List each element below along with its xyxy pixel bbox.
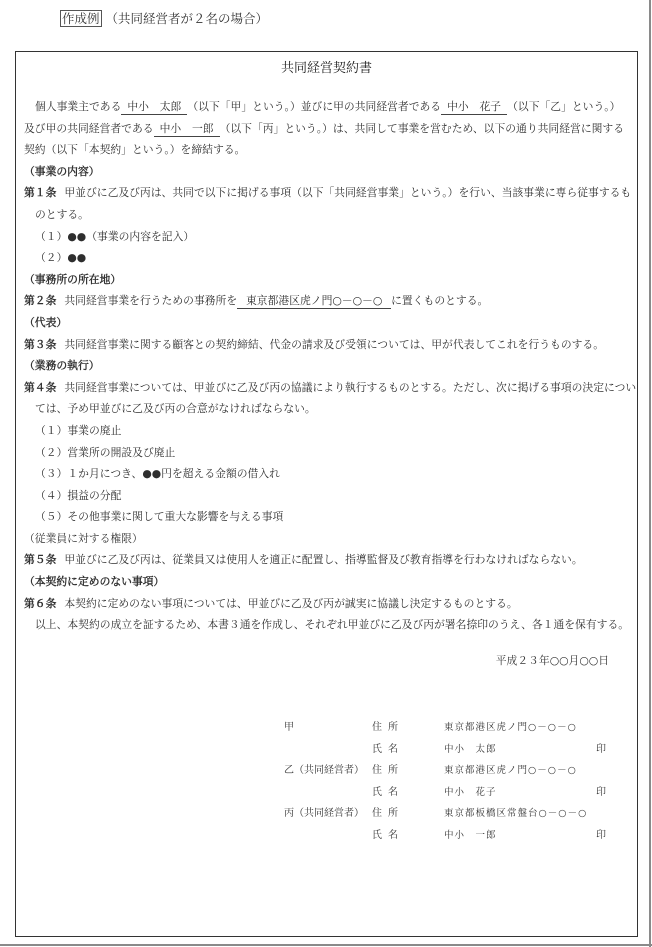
preamble-line-2: 及び甲の共同経営者である中小 一郎（以下「丙」という。）は、共同して事業を営むた… (24, 118, 634, 140)
article-2: 第２条共同経営事業を行うための事務所を東京都港区虎ノ門○－○－○に置くものとする… (24, 290, 634, 312)
article-1: 第１条甲並びに乙及び丙は、共同で以下に掲げる事項（以下「共同経営事業」という。）… (24, 182, 634, 204)
section-heading-other-matters: （本契約に定めのない事項） (24, 571, 634, 593)
name-label: 氏名 (372, 825, 404, 847)
article-3: 第３条共同経営事業に関する顧客との契約締結、代金の請求及び受領については、甲が代… (24, 334, 634, 356)
name-value: 中小 一郎 (444, 825, 497, 847)
article-label: 第２条 (24, 294, 56, 307)
name-label: 氏名 (372, 739, 404, 761)
preamble-line-3: 契約（以下「本契約」という。）を締結する。 (24, 139, 634, 161)
party-label: 甲 (284, 717, 294, 739)
party-label: 乙（共同経営者） (284, 760, 364, 782)
contract-body: 個人事業主である中小 太郎（以下「甲」という。）並びに甲の共同経営者である中小 … (24, 96, 634, 636)
article-4-continued: ては、予め甲並びに乙及び丙の合意がなければならない。 (24, 398, 634, 420)
contract-title: 共同経営契約書 (16, 57, 637, 76)
name-value: 中小 太郎 (444, 739, 497, 761)
party-c-name-field: 中小 一郎 (154, 122, 220, 137)
article-4-item-2: （２）営業所の開設及び廃止 (24, 442, 634, 464)
section-heading-representative: （代表） (24, 312, 634, 334)
party-label: 丙（共同経営者） (284, 803, 364, 825)
address-label: 住所 (372, 803, 404, 825)
seal-mark: 印 (596, 825, 606, 847)
seal-mark: 印 (596, 782, 606, 804)
page-edge-bottom (0, 944, 652, 946)
section-heading-business: （事業の内容） (24, 161, 634, 183)
header-note: 作成例（共同経営者が２名の場合） (60, 9, 268, 27)
article-label: 第４条 (24, 381, 56, 394)
section-heading-office: （事務所の所在地） (24, 269, 634, 291)
party-b-name-field: 中小 花子 (441, 100, 507, 115)
contract-date: 平成２３年○○月○○日 (496, 653, 609, 668)
section-heading-execution: （業務の執行） (24, 355, 634, 377)
article-5: 第５条甲並びに乙及び丙は、従業員又は使用人を適正に配置し、指導監督及び教育指導を… (24, 549, 634, 571)
article-label: 第５条 (24, 553, 56, 566)
name-value: 中小 花子 (444, 782, 497, 804)
address-label: 住所 (372, 717, 404, 739)
article-label: 第６条 (24, 597, 56, 610)
article-6: 第６条本契約に定めのない事項については、甲並びに乙及び丙が誠実に協議し決定するも… (24, 593, 634, 615)
address-label: 住所 (372, 760, 404, 782)
article-4-item-1: （１）事業の廃止 (24, 420, 634, 442)
article-1-item-2: （２）●● (24, 247, 634, 269)
party-a-name-field: 中小 太郎 (121, 100, 187, 115)
article-4-item-3: （３）１か月につき、●●円を超える金額の借入れ (24, 463, 634, 485)
article-4: 第４条共同経営事業については、甲並びに乙及び丙の協議により執行するものとする。た… (24, 377, 634, 399)
article-label: 第３条 (24, 338, 56, 351)
article-4-item-5: （５）その他事業に関して重大な影響を与える事項 (24, 506, 634, 528)
office-address-field: 東京都港区虎ノ門○－○－○ (237, 294, 391, 309)
address-value: 東京都港区虎ノ門○－○－○ (444, 717, 577, 739)
article-4-item-4: （４）損益の分配 (24, 485, 634, 507)
contract-document: 共同経営契約書 個人事業主である中小 太郎（以下「甲」という。）並びに甲の共同経… (15, 51, 638, 937)
name-label: 氏名 (372, 782, 404, 804)
address-value: 東京都板橋区常盤台○－○－○ (444, 803, 587, 825)
article-1-item-1: （１）●●（事業の内容を記入） (24, 226, 634, 248)
example-note: （共同経営者が２名の場合） (106, 11, 269, 26)
closing-statement: 以上、本契約の成立を証するため、本書３通を作成し、それぞれ甲並びに乙及び丙が署名… (24, 614, 634, 636)
preamble-line-1: 個人事業主である中小 太郎（以下「甲」という。）並びに甲の共同経営者である中小 … (24, 96, 634, 118)
article-label: 第１条 (24, 186, 56, 199)
example-label-box: 作成例 (60, 10, 102, 27)
section-heading-employees: （従業員に対する権限） (24, 528, 634, 550)
article-1-continued: のとする。 (24, 204, 634, 226)
page-edge-right (649, 0, 651, 947)
seal-mark: 印 (596, 739, 606, 761)
address-value: 東京都港区虎ノ門○－○－○ (444, 760, 577, 782)
